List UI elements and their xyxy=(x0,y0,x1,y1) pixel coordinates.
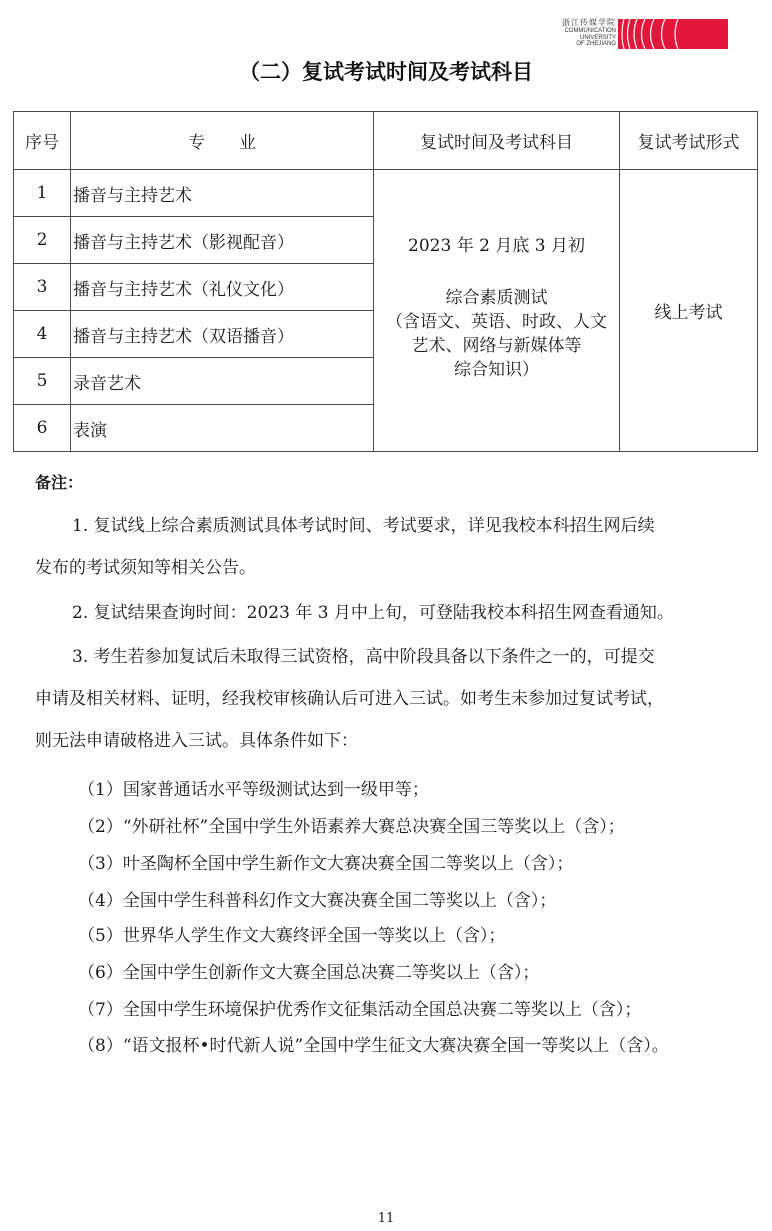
header-form: 复试考试形式 xyxy=(620,112,758,170)
header-no: 序号 xyxy=(14,112,71,170)
note-2-line-1: 2. 复试结果查询时间：2023 年 3 月中上旬，可登陆我校本科招生网查看通知… xyxy=(35,592,735,634)
row-no: 4 xyxy=(14,311,71,358)
condition-item: （2）“外研社杯”全国中学生外语素养大赛总决赛全国三等奖以上（含）； xyxy=(78,812,625,837)
logo-name-en-1: COMMUNICATION xyxy=(556,28,616,35)
row-no: 5 xyxy=(14,358,71,405)
notes-heading-label: 备注： xyxy=(35,473,83,492)
exam-subject-line-1: 综合素质测试 xyxy=(374,286,619,310)
logo-name-cn: 浙江传媒学院 xyxy=(556,18,616,28)
schedule-cell: 2023 年 2 月底 3 月初 综合素质测试 （含语文、英语、时政、人文 艺术… xyxy=(374,170,620,452)
notes-heading: 备注： xyxy=(35,470,735,493)
header-schedule: 复试时间及考试科目 xyxy=(374,112,620,170)
condition-item: （7）全国中学生环境保护优秀作文征集活动全国总决赛二等奖以上（含）； xyxy=(78,995,641,1020)
row-no: 1 xyxy=(14,170,71,217)
header-major: 专 业 xyxy=(71,112,374,170)
exam-subject-line-2: （含语文、英语、时政、人文 xyxy=(374,310,619,334)
note-3-line-3: 则无法申请破格进入三试。具体条件如下： xyxy=(35,720,735,762)
condition-item: （5）世界华人学生作文大赛终评全国一等奖以上（含）； xyxy=(78,921,505,946)
row-major: 录音艺术 xyxy=(71,358,374,405)
note-1-line-1: 1. 复试线上综合素质测试具体考试时间、考试要求，详见我校本科招生网后续 xyxy=(35,505,735,547)
exam-form: 线上考试 xyxy=(620,298,757,323)
note-3-line-1: 3. 考生若参加复试后未取得三试资格，高中阶段具备以下条件之一的，可提交 xyxy=(35,636,735,678)
row-no: 2 xyxy=(14,217,71,264)
row-major: 播音与主持艺术 xyxy=(71,170,374,217)
form-cell: 线上考试 xyxy=(620,170,758,452)
logo-text: 浙江传媒学院 COMMUNICATION UNIVERSITY OF ZHEJI… xyxy=(556,18,616,48)
note-item-3: 3. 考生若参加复试后未取得三试资格，高中阶段具备以下条件之一的，可提交 申请及… xyxy=(35,636,735,762)
row-major: 播音与主持艺术（礼仪文化） xyxy=(71,264,374,311)
row-major: 播音与主持艺术（双语播音） xyxy=(71,311,374,358)
logo-mark-icon xyxy=(618,18,728,50)
row-no: 3 xyxy=(14,264,71,311)
note-1-line-2: 发布的考试须知等相关公告。 xyxy=(35,547,735,589)
exam-date: 2023 年 2 月底 3 月初 xyxy=(374,234,619,258)
table-row: 1 播音与主持艺术 2023 年 2 月底 3 月初 综合素质测试 （含语文、英… xyxy=(14,170,758,217)
row-no: 6 xyxy=(14,405,71,452)
exam-subject-line-3: 艺术、网络与新媒体等 xyxy=(374,334,619,358)
university-logo: 浙江传媒学院 COMMUNICATION UNIVERSITY OF ZHEJI… xyxy=(556,18,728,50)
condition-item: （1）国家普通话水平等级测试达到一级甲等； xyxy=(78,775,429,800)
condition-item: （6）全国中学生创新作文大赛全国总决赛二等奖以上（含）； xyxy=(78,958,539,983)
note-3-line-2: 申请及相关材料、证明，经我校审核确认后可进入三试。如考生未参加过复试考试， xyxy=(35,678,735,720)
page-number: 11 xyxy=(0,1211,772,1226)
row-major: 播音与主持艺术（影视配音） xyxy=(71,217,374,264)
logo-name-en-3: OF ZHEJIANG xyxy=(556,41,616,48)
exam-schedule-table: 序号 专 业 复试时间及考试科目 复试考试形式 1 播音与主持艺术 2023 年… xyxy=(13,111,758,452)
note-item-1: 1. 复试线上综合素质测试具体考试时间、考试要求，详见我校本科招生网后续 发布的… xyxy=(35,505,735,589)
table-header-row: 序号 专 业 复试时间及考试科目 复试考试形式 xyxy=(14,112,758,170)
section-title: （二）复试考试时间及考试科目 xyxy=(0,56,772,86)
exam-subject-line-4: 综合知识） xyxy=(374,358,619,382)
condition-item: （8）“语文报杯•时代新人说”全国中学生征文大赛决赛全国一等奖以上（含）。 xyxy=(78,1031,669,1056)
row-major: 表演 xyxy=(71,405,374,452)
condition-item: （3）叶圣陶杯全国中学生新作文大赛决赛全国二等奖以上（含）； xyxy=(78,849,573,874)
condition-item: （4）全国中学生科普科幻作文大赛决赛全国二等奖以上（含）； xyxy=(78,886,556,911)
note-item-2: 2. 复试结果查询时间：2023 年 3 月中上旬，可登陆我校本科招生网查看通知… xyxy=(35,592,735,634)
